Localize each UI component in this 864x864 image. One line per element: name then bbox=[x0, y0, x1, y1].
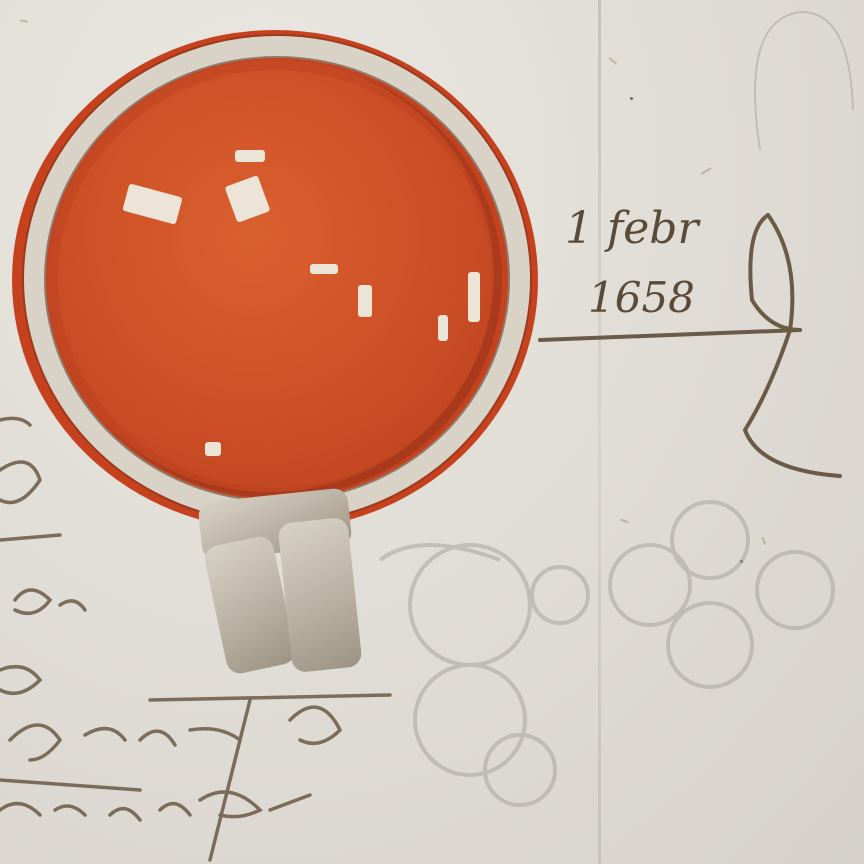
date-line-2: 1658 bbox=[588, 273, 695, 322]
wax-chip bbox=[205, 442, 221, 456]
wax-seal-face bbox=[48, 60, 502, 498]
wax-chip bbox=[235, 150, 265, 162]
date-annotation-ink bbox=[540, 215, 840, 476]
manuscript-page: 1 febr 1658 bbox=[0, 0, 864, 864]
watermark-description: faint circular chain pattern bbox=[0, 0, 1, 1]
wax-chip bbox=[358, 285, 372, 317]
wax-chip bbox=[438, 315, 448, 341]
wax-chip bbox=[310, 264, 338, 274]
watermark bbox=[380, 502, 833, 805]
wax-chip bbox=[468, 272, 480, 322]
date-line-1: 1 febr bbox=[565, 203, 701, 254]
